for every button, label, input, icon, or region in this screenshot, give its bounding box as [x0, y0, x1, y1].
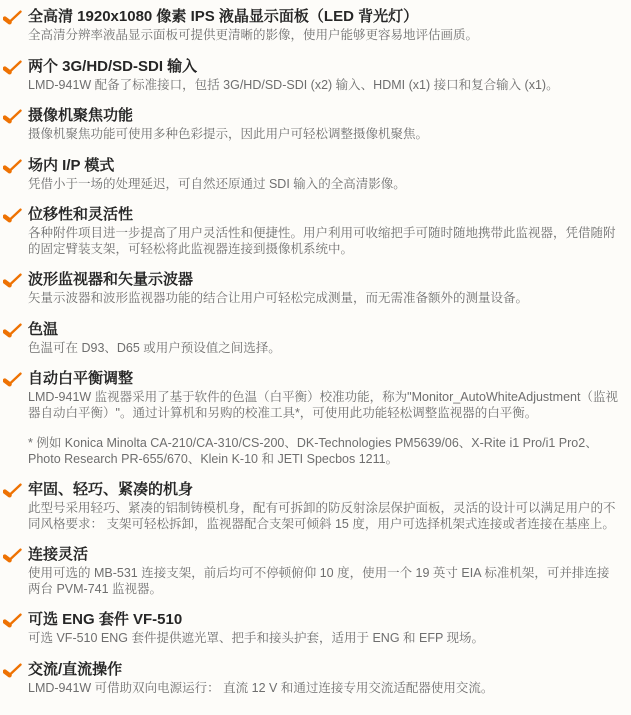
check-icon: [3, 321, 28, 338]
feature-text: 交流/直流操作 LMD-941W 可借助双向电源运行： 直流 12 V 和通过连…: [28, 661, 625, 697]
feature-item-fullhd-panel: 全高清 1920x1080 像素 IPS 液晶显示面板（LED 背光灯） 全高清…: [3, 8, 625, 44]
feature-description: 凭借小于一场的处理延迟，可自然还原通过 SDI 输入的全高清影像。: [28, 177, 621, 193]
check-icon: [3, 157, 28, 174]
feature-title: 牢固、轻巧、紧凑的机身: [28, 481, 621, 498]
feature-item-rugged-body: 牢固、轻巧、紧凑的机身 此型号采用轻巧、紧凑的铝制铸模机身，配有可拆卸的防反射涂…: [3, 481, 625, 532]
check-icon: [3, 546, 28, 563]
check-icon: [3, 481, 28, 498]
feature-item-sdi-inputs: 两个 3G/HD/SD-SDI 输入 LMD-941W 配备了标准接口，包括 3…: [3, 58, 625, 94]
feature-title: 摄像机聚焦功能: [28, 107, 621, 124]
feature-title: 两个 3G/HD/SD-SDI 输入: [28, 58, 621, 75]
feature-item-portability: 位移性和灵活性 各种附件项目进一步提高了用户灵活性和便捷性。用户利用可收缩把手可…: [3, 206, 625, 257]
feature-text: 两个 3G/HD/SD-SDI 输入 LMD-941W 配备了标准接口，包括 3…: [28, 58, 625, 94]
feature-description: LMD-941W 配备了标准接口，包括 3G/HD/SD-SDI (x2) 输入…: [28, 78, 621, 94]
feature-text: 摄像机聚焦功能 摄像机聚焦功能可使用多种色彩提示，因此用户可轻松调整摄像机聚焦。: [28, 107, 625, 143]
feature-title: 波形监视器和矢量示波器: [28, 271, 621, 288]
feature-text: 牢固、轻巧、紧凑的机身 此型号采用轻巧、紧凑的铝制铸模机身，配有可拆卸的防反射涂…: [28, 481, 625, 532]
calibration-tools-footnote: * 例如 Konica Minolta CA-210/CA-310/CS-200…: [28, 436, 621, 467]
feature-item-flexible-mounting: 连接灵活 使用可选的 MB-531 连接支架，前后均可不停顿俯仰 10 度，使用…: [3, 546, 625, 597]
feature-item-auto-white-balance: 自动白平衡调整 LMD-941W 监视器采用了基于软件的色温（白平衡）校准功能，…: [3, 370, 625, 467]
check-icon: [3, 8, 28, 25]
feature-text: 波形监视器和矢量示波器 矢量示波器和波形监视器功能的结合让用户可轻松完成测量，而…: [28, 271, 625, 307]
check-icon: [3, 271, 28, 288]
feature-text: 连接灵活 使用可选的 MB-531 连接支架，前后均可不停顿俯仰 10 度，使用…: [28, 546, 625, 597]
feature-item-ip-mode: 场内 I/P 模式 凭借小于一场的处理延迟，可自然还原通过 SDI 输入的全高清…: [3, 157, 625, 193]
feature-title: 连接灵活: [28, 546, 621, 563]
feature-description: 色温可在 D93、D65 或用户预设值之间选择。: [28, 341, 621, 357]
check-icon: [3, 107, 28, 124]
feature-item-waveform-vectorscope: 波形监视器和矢量示波器 矢量示波器和波形监视器功能的结合让用户可轻松完成测量，而…: [3, 271, 625, 307]
feature-title: 自动白平衡调整: [28, 370, 621, 387]
feature-item-eng-kit: 可选 ENG 套件 VF-510 可选 VF-510 ENG 套件提供遮光罩、把…: [3, 611, 625, 647]
feature-text: 场内 I/P 模式 凭借小于一场的处理延迟，可自然还原通过 SDI 输入的全高清…: [28, 157, 625, 193]
feature-description: 各种附件项目进一步提高了用户灵活性和便捷性。用户利用可收缩把手可随时随地携带此监…: [28, 226, 621, 257]
feature-title: 交流/直流操作: [28, 661, 621, 678]
feature-item-camera-focus: 摄像机聚焦功能 摄像机聚焦功能可使用多种色彩提示，因此用户可轻松调整摄像机聚焦。: [3, 107, 625, 143]
feature-text: 自动白平衡调整 LMD-941W 监视器采用了基于软件的色温（白平衡）校准功能，…: [28, 370, 625, 467]
feature-description: 使用可选的 MB-531 连接支架，前后均可不停顿俯仰 10 度，使用一个 19…: [28, 566, 621, 597]
feature-text: 全高清 1920x1080 像素 IPS 液晶显示面板（LED 背光灯） 全高清…: [28, 8, 625, 44]
feature-description: 全高清分辨率液晶显示面板可提供更清晰的影像，使用户能够更容易地评估画质。: [28, 28, 621, 44]
check-icon: [3, 206, 28, 223]
feature-title: 场内 I/P 模式: [28, 157, 621, 174]
feature-description: LMD-941W 监视器采用了基于软件的色温（白平衡）校准功能，称为"Monit…: [28, 390, 621, 421]
feature-title: 色温: [28, 321, 621, 338]
feature-item-color-temperature: 色温 色温可在 D93、D65 或用户预设值之间选择。: [3, 321, 625, 357]
feature-title: 全高清 1920x1080 像素 IPS 液晶显示面板（LED 背光灯）: [28, 8, 621, 25]
feature-title: 位移性和灵活性: [28, 206, 621, 223]
check-icon: [3, 370, 28, 387]
feature-description: 此型号采用轻巧、紧凑的铝制铸模机身，配有可拆卸的防反射涂层保护面板，灵活的设计可…: [28, 501, 621, 532]
feature-description: LMD-941W 可借助双向电源运行： 直流 12 V 和通过连接专用交流适配器…: [28, 681, 621, 697]
feature-text: 可选 ENG 套件 VF-510 可选 VF-510 ENG 套件提供遮光罩、把…: [28, 611, 625, 647]
feature-text: 色温 色温可在 D93、D65 或用户预设值之间选择。: [28, 321, 625, 357]
feature-description: 可选 VF-510 ENG 套件提供遮光罩、把手和接头护套，适用于 ENG 和 …: [28, 631, 621, 647]
check-icon: [3, 58, 28, 75]
check-icon: [3, 611, 28, 628]
feature-title: 可选 ENG 套件 VF-510: [28, 611, 621, 628]
check-icon: [3, 661, 28, 678]
feature-list: 全高清 1920x1080 像素 IPS 液晶显示面板（LED 背光灯） 全高清…: [0, 0, 631, 696]
feature-text: 位移性和灵活性 各种附件项目进一步提高了用户灵活性和便捷性。用户利用可收缩把手可…: [28, 206, 625, 257]
feature-description: 矢量示波器和波形监视器功能的结合让用户可轻松完成测量，而无需准备额外的测量设备。: [28, 291, 621, 307]
feature-item-ac-dc-operation: 交流/直流操作 LMD-941W 可借助双向电源运行： 直流 12 V 和通过连…: [3, 661, 625, 697]
feature-description: 摄像机聚焦功能可使用多种色彩提示，因此用户可轻松调整摄像机聚焦。: [28, 127, 621, 143]
